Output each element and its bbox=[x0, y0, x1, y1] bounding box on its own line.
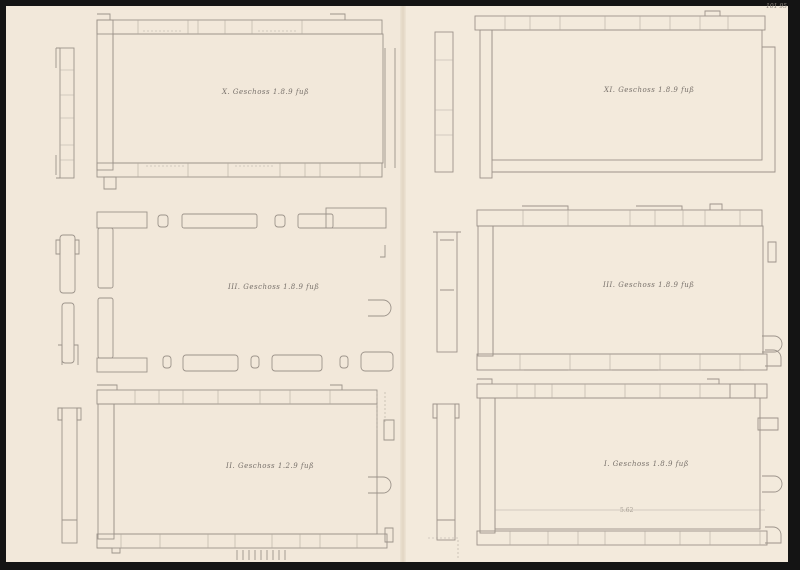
plan-label-bottom-right: I. Geschoss 1.8.9 fuß bbox=[604, 460, 689, 468]
plan-label-top-right: XI. Geschoss 1.8.9 fuß bbox=[604, 86, 694, 94]
plan-label-middle-left: III. Geschoss 1.8.9 fuß bbox=[228, 283, 319, 291]
plan-top-left-drawing bbox=[56, 14, 395, 189]
plan-label-bottom-left: II. Geschoss 1.2.9 fuß bbox=[226, 462, 314, 470]
plan-label-top-left: X. Geschoss 1.8.9 fuß bbox=[222, 88, 309, 96]
plan-bottom-left-drawing bbox=[58, 385, 394, 560]
plan-top-right-drawing bbox=[435, 11, 775, 178]
plan-bottom-right-drawing bbox=[428, 379, 782, 560]
sheet-number: 101 95 bbox=[766, 3, 787, 10]
plan-label-middle-right: III. Geschoss 1.8.9 fuß bbox=[603, 281, 694, 289]
plan-middle-left-drawing bbox=[56, 208, 393, 372]
dimension-span: 5.62 bbox=[620, 507, 633, 514]
